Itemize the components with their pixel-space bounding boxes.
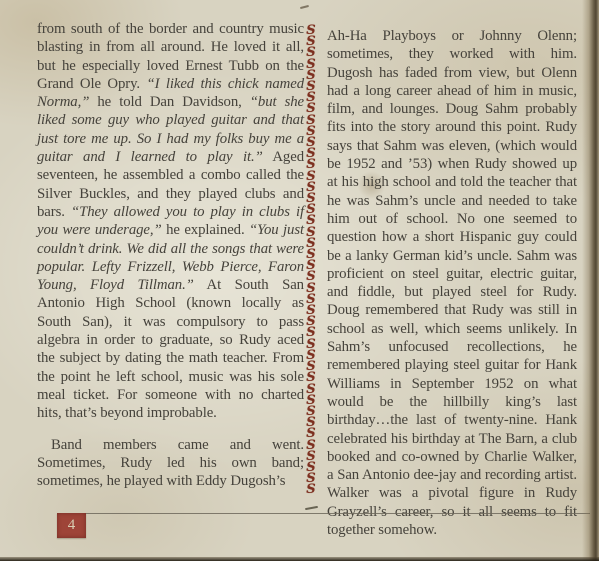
scan-edge-bottom <box>0 557 599 561</box>
scan-artifact-mid <box>305 506 318 510</box>
paragraph-1: from south of the border and country mus… <box>37 20 304 423</box>
text-run: he explained. <box>162 222 249 238</box>
text-run: At South San Antonio High School (known … <box>37 277 304 421</box>
page-edge-shadow <box>582 0 599 561</box>
stitch-divider: S S S S S S S S S S S S S S S S S S S S … <box>301 25 321 496</box>
paragraph-2: Band members came and went. Sometimes, R… <box>37 436 304 491</box>
scan-artifact-top <box>300 5 309 9</box>
right-text-column: Ah-Ha Playboys or Johnny Olenn; sometime… <box>327 27 577 539</box>
page-number-badge: 4 <box>57 513 86 538</box>
text-run: he told Dan Davidson, <box>89 94 249 110</box>
booklet-page: from south of the border and country mus… <box>0 0 599 561</box>
left-text-column: from south of the border and country mus… <box>37 20 304 490</box>
paragraph-3: Ah-Ha Playboys or Johnny Olenn; sometime… <box>327 27 577 539</box>
footer-rule <box>86 513 590 514</box>
page-number: 4 <box>68 517 76 534</box>
